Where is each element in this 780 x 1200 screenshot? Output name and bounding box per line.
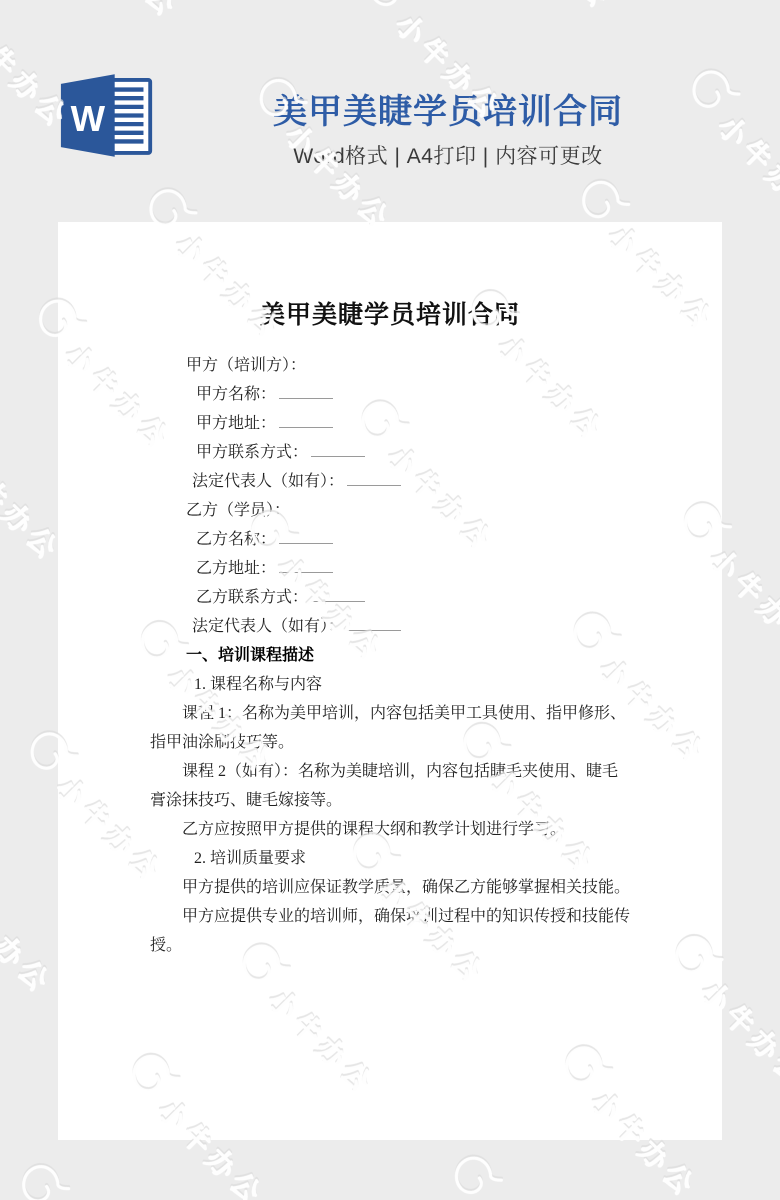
contract-line: 课程 1：名称为美甲培训，内容包括美甲工具使用、指甲修形、	[150, 699, 688, 728]
word-icon: W	[59, 71, 155, 160]
contract-body: 甲方（培训方）： 甲方名称： 甲方地址： 甲方联系方式： 法定代表人（如有）： …	[58, 351, 722, 960]
contract-line: 甲方联系方式：	[150, 438, 688, 467]
contract-line: 甲方名称：	[150, 380, 688, 409]
blank-underline	[311, 443, 365, 457]
contract-title: 美甲美睫学员培训合同	[58, 300, 722, 332]
contract-line: 1. 课程名称与内容	[150, 670, 688, 699]
contract-line: 授。	[150, 931, 688, 960]
page-title[interactable]: 美甲美睫学员培训合同	[190, 92, 706, 132]
document-preview[interactable]: 美甲美睫学员培训合同 甲方（培训方）： 甲方名称： 甲方地址： 甲方联系方式： …	[58, 222, 722, 1140]
contract-line: 膏涂抹技巧、睫毛嫁接等。	[150, 786, 688, 815]
blank-underline	[347, 617, 401, 631]
header-text-block: 美甲美睫学员培训合同 Word格式 | A4打印 | 内容可更改	[190, 92, 706, 169]
template-preview-page: W 美甲美睫学员培训合同 Word格式 | A4打印 | 内容可更改 美甲美睫学…	[0, 0, 780, 1200]
contract-line: 乙方（学员）：	[150, 496, 688, 525]
blank-underline	[279, 385, 333, 399]
contract-line: 甲方地址：	[150, 409, 688, 438]
contract-line: 课程 2（如有）：名称为美睫培训，内容包括睫毛夹使用、睫毛	[150, 757, 688, 786]
format-subtitle: Word格式 | A4打印 | 内容可更改	[190, 145, 706, 169]
contract-line: 法定代表人（如有）：	[150, 467, 688, 496]
contract-line: 2. 培训质量要求	[150, 844, 688, 873]
blank-underline	[279, 414, 333, 428]
blank-underline	[311, 588, 365, 602]
contract-line: 甲方应提供专业的培训师，确保培训过程中的知识传授和技能传	[150, 902, 688, 931]
contract-section-heading: 一、培训课程描述	[150, 641, 688, 670]
contract-line: 乙方地址：	[150, 554, 688, 583]
word-icon-text-lines	[113, 90, 144, 142]
contract-line: 甲方（培训方）：	[150, 351, 688, 380]
contract-line: 指甲油涂刷技巧等。	[150, 728, 688, 757]
contract-line: 乙方联系方式：	[150, 583, 688, 612]
contract-line: 甲方提供的培训应保证教学质量，确保乙方能够掌握相关技能。	[150, 873, 688, 902]
contract-line: 乙方名称：	[150, 525, 688, 554]
blank-underline	[279, 530, 333, 544]
contract-line: 法定代表人（如有）：	[150, 612, 688, 641]
word-icon-letter: W	[71, 98, 106, 139]
blank-underline	[347, 472, 401, 486]
header-banner: W 美甲美睫学员培训合同 Word格式 | A4打印 | 内容可更改	[0, 0, 780, 222]
contract-line: 乙方应按照甲方提供的课程大纲和教学计划进行学习。	[150, 815, 688, 844]
blank-underline	[279, 559, 333, 573]
